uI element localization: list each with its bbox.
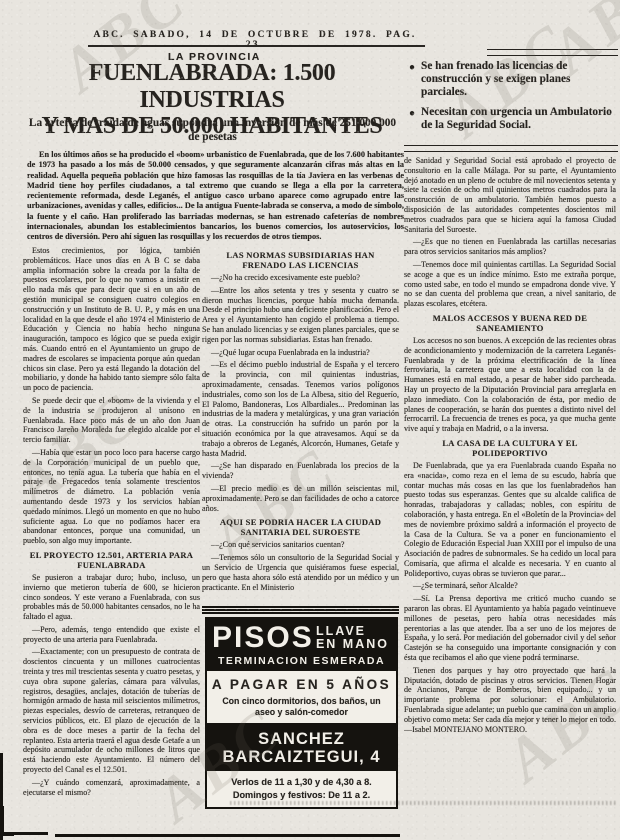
summary-bullets: ● Se han frenado las licencias de constr… <box>409 60 616 139</box>
article-paragraph: De Fuenlabrada, que ya era Fuenlabrada c… <box>404 461 616 579</box>
article-paragraph: —¿Qué lugar ocupa Fuenlabrada en la indu… <box>202 348 399 358</box>
article-paragraph: —¿Se terminará, señor Alcalde? <box>404 581 616 591</box>
article-paragraph: Los accesos no son buenos. A excepción d… <box>404 336 616 434</box>
header-divider <box>88 45 425 47</box>
article-paragraph: —¿Con qué servicios sanitarios cuentan? <box>202 540 399 550</box>
summary-bullet: ● Necesitan con urgencia un Ambulatorio … <box>409 106 616 132</box>
bullet-icon: ● <box>409 107 415 132</box>
bullet-icon: ● <box>409 61 415 99</box>
column-left: Estos crecimientos, por lógica, también … <box>23 246 200 796</box>
article-paragraph: —Había que estar un poco loco para hacer… <box>23 448 200 546</box>
ad-address: SANCHEZ BARCAIZTEGUI, 4 <box>207 725 396 771</box>
headline-line-1: FUENLABRADA: 1.500 INDUSTRIAS <box>20 60 404 113</box>
article-paragraph: —El precio medio es de un millón seiscie… <box>202 484 399 513</box>
column-subhead: LAS NORMAS SUBSIDIARIAS HAN FRENADO LAS … <box>206 250 395 270</box>
ad-hours-line-1: Verlos de 11 a 1,30 y de 4,30 a 8. <box>214 776 389 789</box>
newspaper-page: ABC ABC ABC ABC ABC ABC ABC ABC. SABADO,… <box>0 0 620 840</box>
article-paragraph: —¿No ha crecido excesivamente este puebl… <box>202 273 399 283</box>
article-paragraph: —¿Y cuándo comenzará, aproximadamente, a… <box>23 778 200 796</box>
ad-offer-band: A PAGAR EN 5 AÑOS Con cinco dormitorios,… <box>207 671 396 725</box>
article-paragraph: Estos crecimientos, por lógica, también … <box>23 246 200 393</box>
column-middle: LAS NORMAS SUBSIDIARIAS HAN FRENADO LAS … <box>202 246 399 603</box>
summary-bullet: ● Se han frenado las licencias de constr… <box>409 60 616 99</box>
article-paragraph: —Es el décimo pueblo industrial de Españ… <box>202 360 399 458</box>
summary-bullet-text: Se han frenado las licencias de construc… <box>421 60 616 99</box>
article-paragraph: Tienen dos parques y hay otro proyectado… <box>404 666 616 735</box>
column-subhead: EL PROYECTO 12.501, ARTERIA PARA FUENLAB… <box>27 550 196 570</box>
scan-artifact-smudge <box>230 801 618 805</box>
scan-artifact-bottom-rule <box>55 834 400 837</box>
ad-address-line-2: BARCAIZTEGUI, 4 <box>207 748 396 766</box>
ad-description: Con cinco dormitorios, dos baños, un ase… <box>209 696 394 718</box>
article-paragraph: —Tenemos doce mil quinientas cartillas. … <box>404 260 616 309</box>
ad-pisos: PISOS LLAVE EN MANO TERMINACION ESMERADA… <box>205 617 398 809</box>
deck: La arteria de traída de aguas supondrá u… <box>25 117 400 144</box>
ad-tagline-line-1: LLAVE <box>316 625 389 639</box>
ad-offer-text: A PAGAR EN 5 AÑOS <box>209 677 394 692</box>
ad-top-band: PISOS LLAVE EN MANO TERMINACION ESMERADA <box>207 619 396 671</box>
summary-bullet-text: Necesitan con urgencia un Ambulatorio de… <box>421 106 616 132</box>
scan-artifact-dash <box>14 832 48 835</box>
summary-bottom-divider <box>404 145 618 152</box>
ad-subtitle: TERMINACION ESMERADA <box>212 655 391 667</box>
article-paragraph: —Exactamente; con un presupuesto de cont… <box>23 647 200 774</box>
page-header-dateline: ABC. SABADO, 14 DE OCTUBRE DE 1978. PAG.… <box>85 30 425 50</box>
article-paragraph: —¿Es que no tienen en Fuenlabrada las ca… <box>404 237 616 257</box>
article-paragraph: —Pero, además, tengo entendido que exist… <box>23 625 200 645</box>
ad-title: PISOS <box>212 623 314 653</box>
article-paragraph: —Tenemos sólo un consultorio de la Segur… <box>202 553 399 592</box>
intro-paragraph: En los últimos años se ha producido el «… <box>27 150 404 243</box>
ad-tagline: LLAVE EN MANO <box>316 625 391 652</box>
scan-artifact-bracket <box>0 806 14 836</box>
ad-top-divider <box>202 606 399 614</box>
ad-address-line-1: SANCHEZ <box>207 730 396 748</box>
article-paragraph: Se pusieron a trabajar duro; hubo, inclu… <box>23 573 200 622</box>
column-right: de Sanidad y Seguridad Social está aprob… <box>404 156 616 808</box>
ad-hours-line-2: Domingos y festivos: De 11 a 2. <box>214 789 389 802</box>
column-subhead: MALOS ACCESOS Y BUENA RED DE SANEAMIENTO <box>408 313 612 333</box>
article-paragraph: —¿Se han disparado en Fuenlabrada los pr… <box>202 461 399 481</box>
ad-tagline-line-2: EN MANO <box>316 638 389 652</box>
article-paragraph: Se puede decir que el «boom» de la vivie… <box>23 396 200 445</box>
article-paragraph: —Sí. La Prensa deportiva me criticó much… <box>404 594 616 663</box>
column-subhead: AQUI SE PODRIA HACER LA CIUDAD SANITARIA… <box>206 517 395 537</box>
article-paragraph: —Entre los años setenta y tres y sesenta… <box>202 286 399 345</box>
summary-top-divider <box>487 49 618 56</box>
article-paragraph: de Sanidad y Seguridad Social está aprob… <box>404 156 616 234</box>
column-subhead: LA CASA DE LA CULTURA Y EL POLIDEPORTIVO <box>408 438 612 458</box>
